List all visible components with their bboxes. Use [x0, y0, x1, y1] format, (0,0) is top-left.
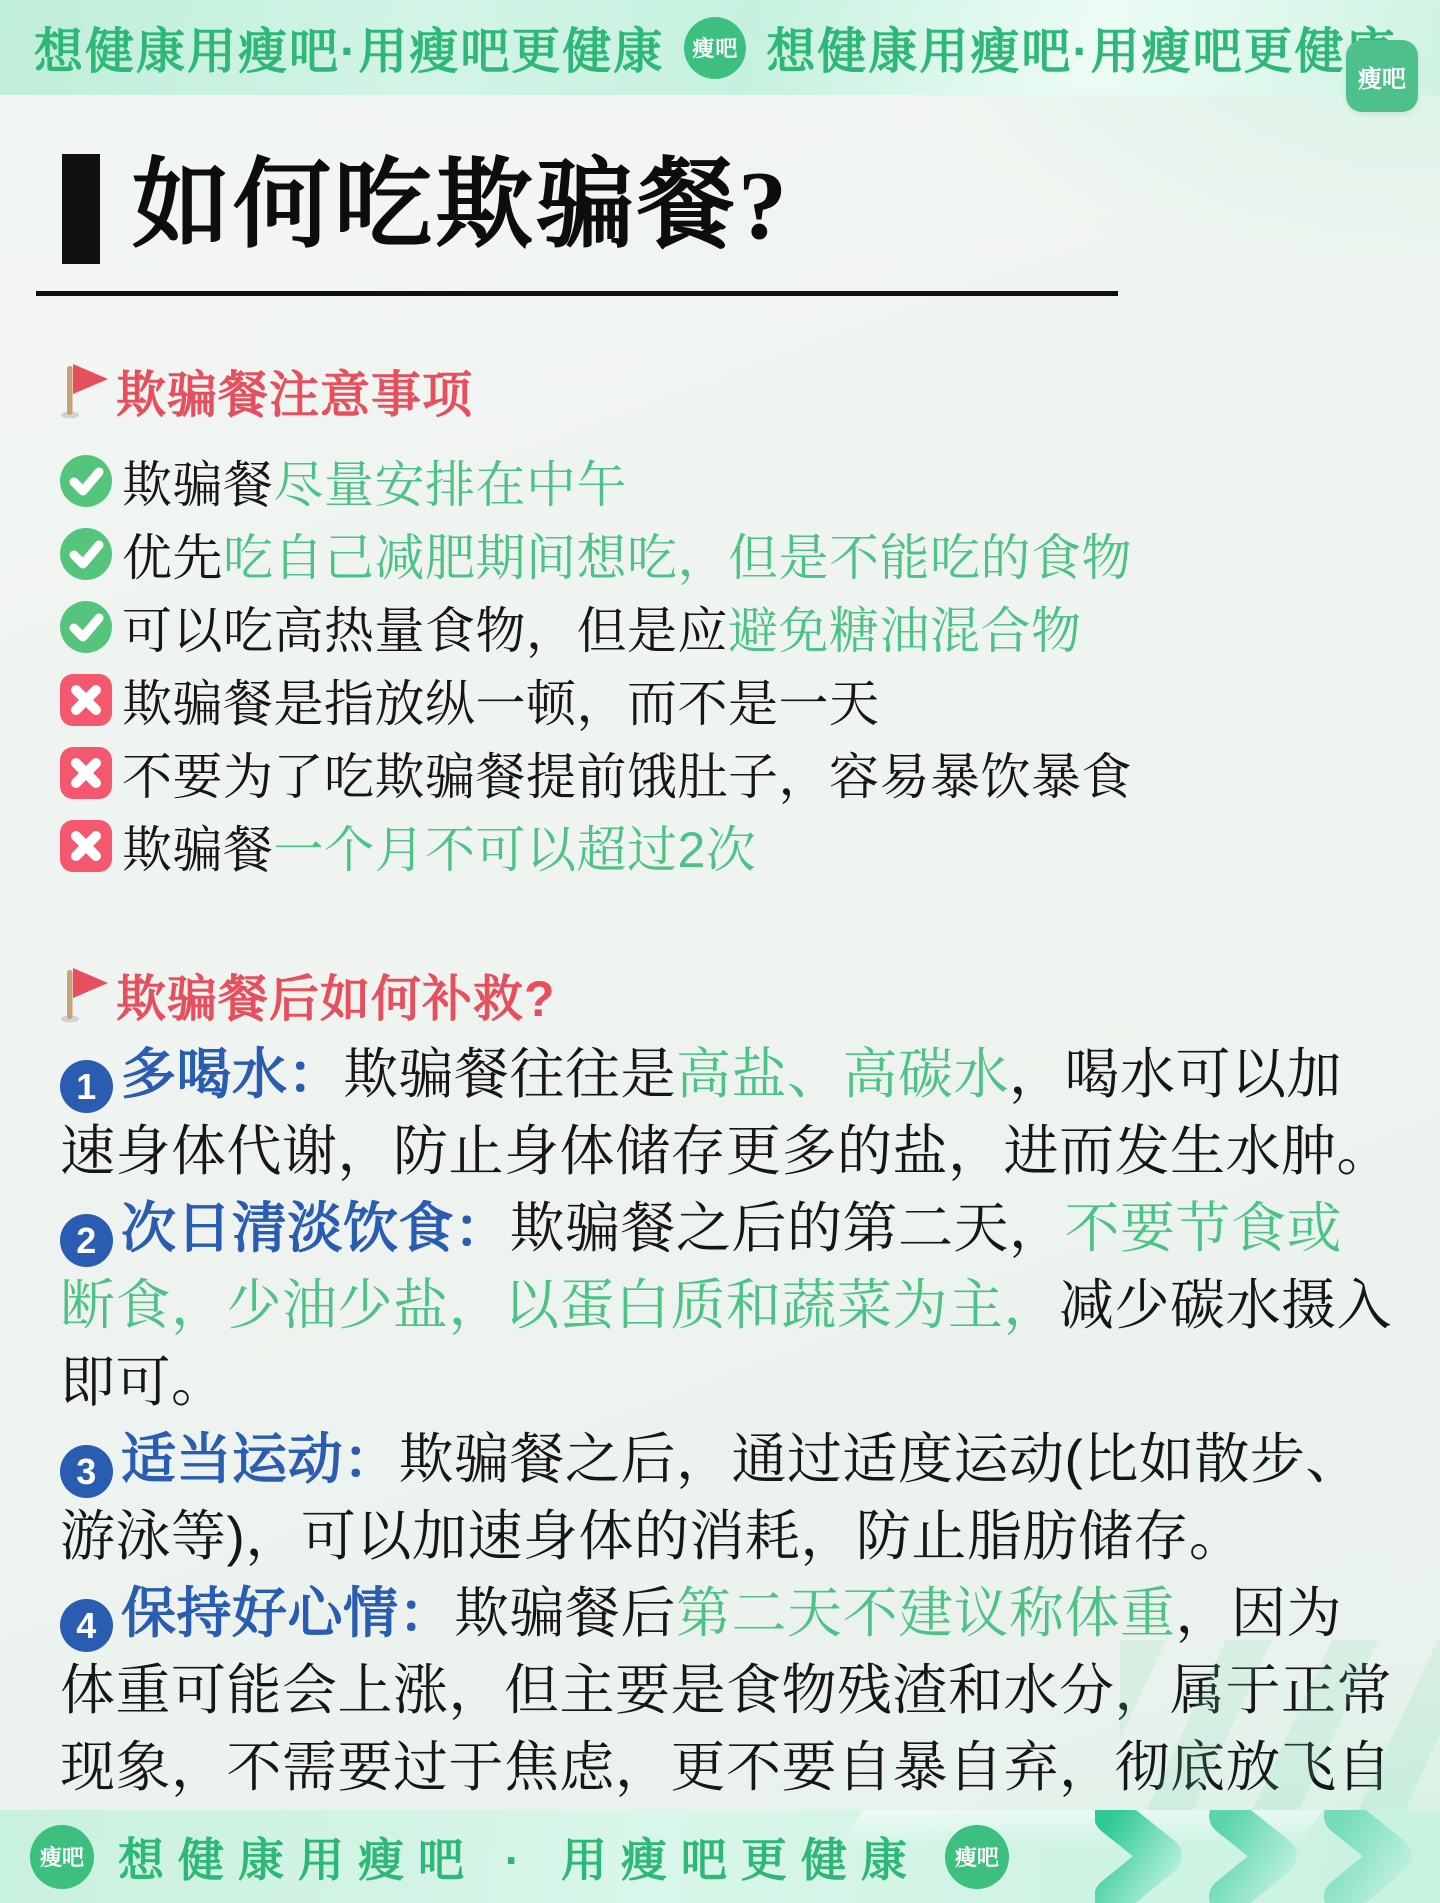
- note-text: 可以吃高热量食物，但是应避免糖油混合物: [122, 591, 1082, 663]
- brand-logo-corner-icon: 瘦吧: [1346, 40, 1418, 112]
- note-item: 不要为了吃欺骗餐提前饿肚子，容易暴饮暴食: [60, 736, 1396, 809]
- step-number-badge: 2: [60, 1214, 113, 1267]
- section-remedy-header: 欺骗餐后如何补救?: [60, 964, 1396, 1026]
- brand-logo-icon: 瘦吧: [945, 1825, 1009, 1889]
- text-segment: 一个月不可以超过2次: [274, 822, 757, 878]
- cross-icon: [60, 674, 112, 726]
- note-text: 优先吃自己减肥期间想吃，但是不能吃的食物: [122, 518, 1132, 590]
- step-number-badge: 3: [60, 1445, 113, 1498]
- text-segment: 欺骗餐是指放纵一顿，而不是一天: [122, 676, 880, 732]
- top-banner-slogan-left: 想健康用瘦吧·用瘦吧更健康: [34, 13, 664, 83]
- note-text: 欺骗餐尽量安排在中午: [122, 445, 627, 517]
- chevron-arrows-icon: [1095, 1810, 1440, 1903]
- text-segment: 不要为了吃欺骗餐提前饿肚子，容易暴饮暴食: [122, 749, 1132, 805]
- text-segment: 高盐、高碳水: [676, 1043, 1009, 1105]
- remedy-step: 2次日清淡饮食：欺骗餐之后的第二天，不要节食或断食，少油少盐，以蛋白质和蔬菜为主…: [60, 1190, 1396, 1421]
- step-number-badge: 4: [60, 1599, 113, 1652]
- step-number-badge: 1: [60, 1060, 113, 1113]
- title-row: 如何吃欺骗餐?: [62, 146, 790, 266]
- text-segment: 欺骗餐: [122, 822, 274, 878]
- text-segment: 欺骗餐: [122, 457, 274, 513]
- remedy-step: 3适当运动：欺骗餐之后，通过适度运动(比如散步、游泳等)，可以加速身体的消耗，防…: [60, 1421, 1396, 1575]
- note-item: 欺骗餐尽量安排在中午: [60, 444, 1396, 517]
- cross-icon: [60, 820, 112, 872]
- note-item: 欺骗餐是指放纵一顿，而不是一天: [60, 663, 1396, 736]
- note-text: 欺骗餐是指放纵一顿，而不是一天: [122, 664, 880, 736]
- page-title: 如何吃欺骗餐?: [132, 146, 790, 266]
- text-segment: 欺骗餐之后的第二天，: [510, 1197, 1065, 1259]
- note-text: 欺骗餐一个月不可以超过2次: [122, 810, 756, 882]
- note-item: 可以吃高热量食物，但是应避免糖油混合物: [60, 590, 1396, 663]
- section-remedy: 欺骗餐后如何补救? 1多喝水：欺骗餐往往是高盐、高碳水，喝水可以加速身体代谢，防…: [60, 964, 1396, 1883]
- top-banner-slogan-right: 想健康用瘦吧·用瘦吧更健康: [766, 13, 1396, 83]
- check-icon: [60, 601, 112, 653]
- bottom-banner: 瘦吧 想健康用瘦吧 · 用瘦吧更健康 瘦吧: [0, 1810, 1440, 1903]
- step-label: 次日清淡饮食：: [121, 1197, 510, 1259]
- remedy-list: 1多喝水：欺骗餐往往是高盐、高碳水，喝水可以加速身体代谢，防止身体储存更多的盐，…: [60, 1036, 1396, 1883]
- bottom-banner-row: 瘦吧 想健康用瘦吧 · 用瘦吧更健康 瘦吧: [0, 1810, 1009, 1903]
- flag-icon: [60, 966, 112, 1024]
- text-segment: 尽量安排在中午: [274, 457, 628, 513]
- notes-list: 欺骗餐尽量安排在中午 优先吃自己减肥期间想吃，但是不能吃的食物 可以吃高热量食物…: [60, 444, 1396, 882]
- text-segment: 吃自己减肥期间想吃，但是不能吃的食物: [223, 530, 1132, 586]
- title-accent-bar: [62, 154, 100, 264]
- brand-logo-icon: 瘦吧: [30, 1825, 94, 1889]
- text-segment: 优先: [122, 530, 223, 586]
- text-segment: 可以吃高热量食物，但是应: [122, 603, 728, 659]
- section-notes-header: 欺骗餐注意事项: [60, 360, 1396, 422]
- brand-logo-icon: 瘦吧: [684, 17, 746, 79]
- text-segment: 欺骗餐后: [454, 1582, 676, 1644]
- note-text: 不要为了吃欺骗餐提前饿肚子，容易暴饮暴食: [122, 737, 1132, 809]
- flag-icon: [60, 362, 112, 420]
- text-segment: 第二天不建议称体重: [676, 1582, 1176, 1644]
- note-item: 欺骗餐一个月不可以超过2次: [60, 809, 1396, 882]
- note-item: 优先吃自己减肥期间想吃，但是不能吃的食物: [60, 517, 1396, 590]
- title-divider: [36, 291, 1118, 296]
- top-banner: 想健康用瘦吧·用瘦吧更健康 瘦吧 想健康用瘦吧·用瘦吧更健康: [0, 0, 1440, 95]
- section-remedy-heading: 欺骗餐后如何补救?: [116, 959, 556, 1031]
- bottom-banner-slogan: 想健康用瘦吧 · 用瘦吧更健康: [118, 1824, 921, 1890]
- step-label: 适当运动：: [121, 1428, 399, 1490]
- check-icon: [60, 528, 112, 580]
- step-label: 多喝水：: [121, 1043, 343, 1105]
- section-notes: 欺骗餐注意事项 欺骗餐尽量安排在中午 优先吃自己减肥期间想吃，但是不能吃的食物 …: [60, 360, 1396, 882]
- infographic-page: 想健康用瘦吧·用瘦吧更健康 瘦吧 想健康用瘦吧·用瘦吧更健康 瘦吧 如何吃欺骗餐…: [0, 0, 1440, 1903]
- remedy-step: 1多喝水：欺骗餐往往是高盐、高碳水，喝水可以加速身体代谢，防止身体储存更多的盐，…: [60, 1036, 1396, 1190]
- cross-icon: [60, 747, 112, 799]
- step-label: 保持好心情：: [121, 1582, 454, 1644]
- check-icon: [60, 455, 112, 507]
- top-banner-row: 想健康用瘦吧·用瘦吧更健康 瘦吧 想健康用瘦吧·用瘦吧更健康: [0, 0, 1440, 95]
- text-segment: 欺骗餐往往是: [343, 1043, 676, 1105]
- text-segment: 避免糖油混合物: [728, 603, 1082, 659]
- section-notes-heading: 欺骗餐注意事项: [116, 355, 473, 427]
